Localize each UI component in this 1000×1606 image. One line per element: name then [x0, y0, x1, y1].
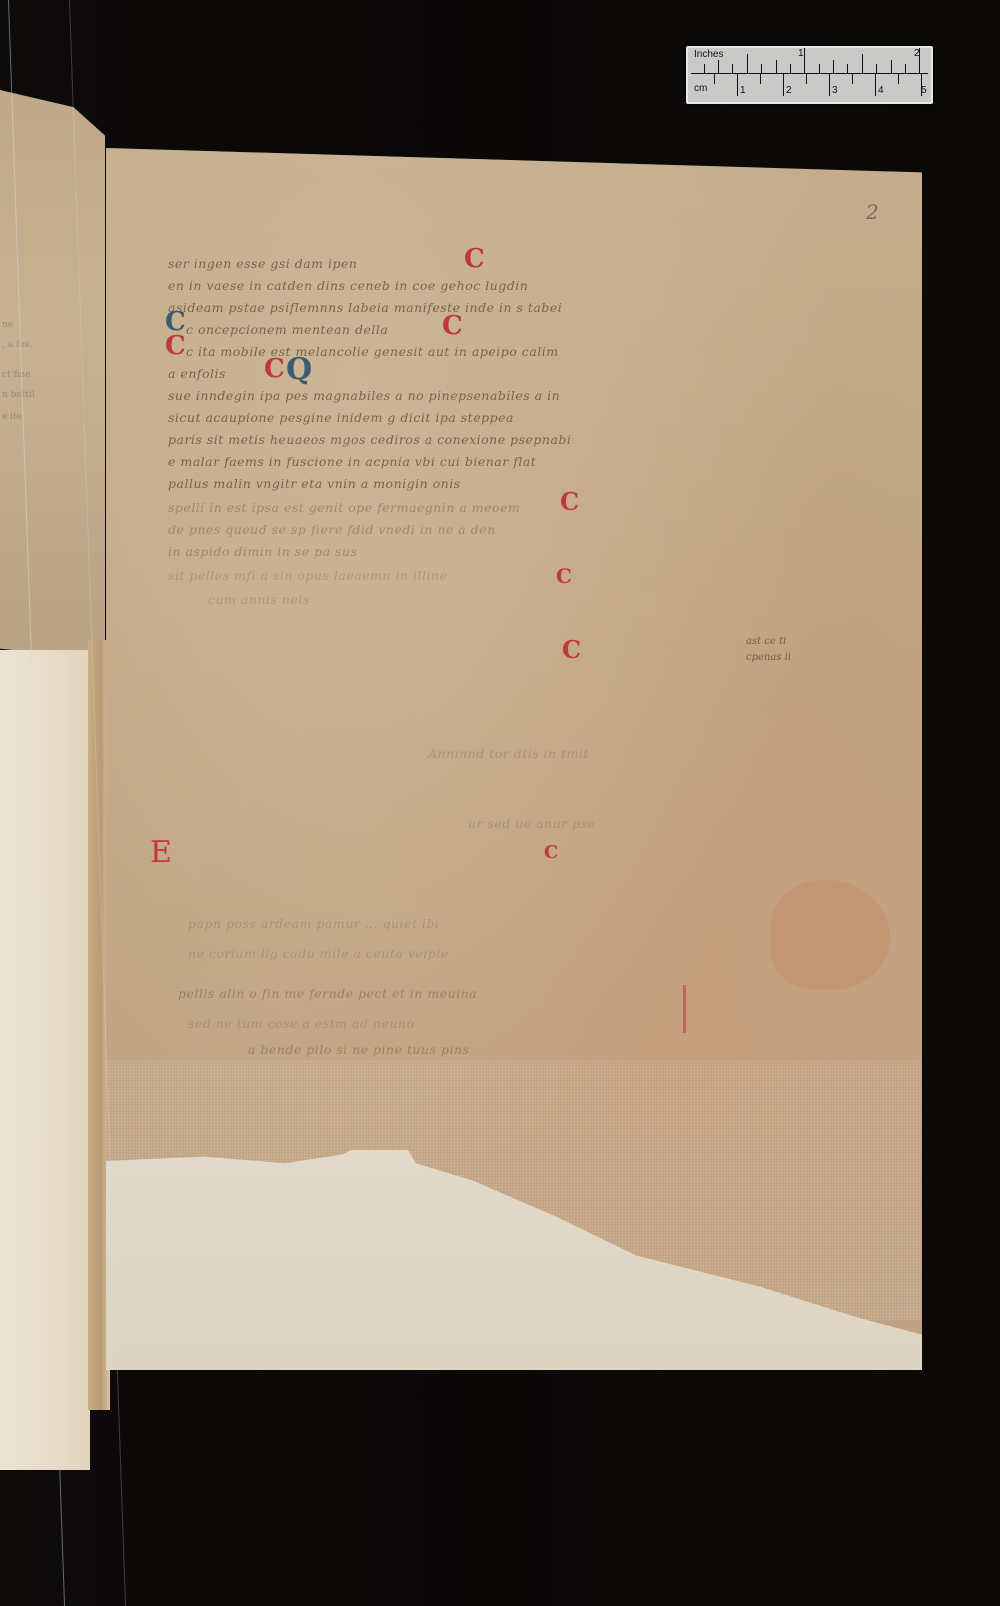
ruler-tick: [704, 64, 705, 73]
ruler-center-line: [691, 73, 928, 74]
marginal-note-line: cpenas ii: [746, 650, 791, 666]
text-line: cum annis neis: [208, 592, 310, 607]
ruler-tick: [852, 74, 853, 84]
ruler-tick: [760, 74, 761, 84]
cm-label: cm: [694, 83, 707, 94]
ruler-tick: [714, 74, 715, 84]
marginal-note: ast ce ti cpenas ii: [746, 634, 791, 666]
ruler-tick: [905, 64, 906, 73]
ruler-tick: [776, 60, 777, 73]
ruler-tick: [718, 60, 719, 73]
ruler-tick: [891, 60, 892, 73]
ruler-tick: [747, 54, 748, 73]
rubric-initial: C: [562, 638, 581, 662]
ruler-tick: [790, 64, 791, 73]
rubric-stroke: [683, 985, 686, 1033]
blue-initial-q: Q: [286, 355, 312, 385]
ruler-tick: [919, 48, 920, 73]
cm-mark-4: 4: [878, 85, 884, 96]
text-line: sue inndegin ipa pes magnabiles a no pin…: [168, 388, 560, 403]
folio-number: 2: [866, 200, 879, 224]
text-line: pallus malin vngitr eta vnin a monigin o…: [168, 476, 461, 491]
text-line: spelli in est ipsa est genit ope fermaeg…: [168, 500, 520, 515]
rubric-initial: C: [264, 356, 285, 382]
text-line: sit pelles mfi a sin opus laeaemn in ill…: [168, 568, 447, 583]
rubric-initial: C: [560, 490, 579, 514]
rubric-initial: C: [556, 566, 572, 586]
inch-mark-1: 1: [798, 48, 804, 59]
cm-mark-3: 3: [832, 85, 838, 96]
text-line: de pnes queud se sp fiere fdid vnedi in …: [168, 522, 496, 537]
rubric-initial: C: [442, 313, 463, 339]
ruler-tick: [898, 74, 899, 84]
text-line: e malar faems in fuscione in acpnia vbi …: [168, 454, 536, 469]
ruler-tick: [847, 64, 848, 73]
text-line: a enfolis: [168, 366, 226, 381]
ruler-tick: [737, 74, 738, 96]
ruler-tick: [761, 64, 762, 73]
text-line: in aspido dimin in se pa sus: [168, 544, 357, 559]
marginal-note-line: ast ce ti: [746, 634, 791, 650]
cm-mark-1: 1: [740, 85, 746, 96]
ruler-tick: [806, 74, 807, 84]
rubric-initial: C: [464, 246, 485, 272]
scale-ruler: Inches 1 2 cm 1 2 3 4 5: [686, 46, 933, 104]
ruler-tick: [783, 74, 784, 96]
ruler-tick: [804, 48, 805, 73]
ruler-tick: [732, 64, 733, 73]
text-line: asideam pstae psiflemnns labeia manifest…: [168, 300, 562, 315]
text-line: en in vaese in catden dins ceneb in coe …: [168, 278, 528, 293]
text-line: sicut acaupione pesgine inidem g dicit i…: [168, 410, 514, 425]
text-line: c ita mobile est melancolie genesit aut …: [186, 344, 559, 359]
ruler-tick: [875, 74, 876, 96]
rubric-initial: C: [165, 333, 186, 359]
ruler-tick: [819, 64, 820, 73]
ruler-tick: [862, 54, 863, 73]
text-line: c oncepcionem mentean della: [186, 322, 388, 337]
rubric-initial: C: [544, 844, 558, 862]
ruler-tick: [833, 60, 834, 73]
rubric-initial-e: E: [150, 838, 172, 868]
text-line: ser ingen esse gsi dam ipen: [168, 256, 357, 271]
ruler-tick: [829, 74, 830, 96]
text-line: paris sit metis heuaeos mgos cediros a c…: [168, 432, 571, 447]
cm-mark-5: 5: [921, 85, 927, 96]
water-stain: [770, 880, 890, 990]
inches-label: Inches: [694, 49, 723, 60]
ruler-tick: [876, 64, 877, 73]
cm-mark-2: 2: [786, 85, 792, 96]
